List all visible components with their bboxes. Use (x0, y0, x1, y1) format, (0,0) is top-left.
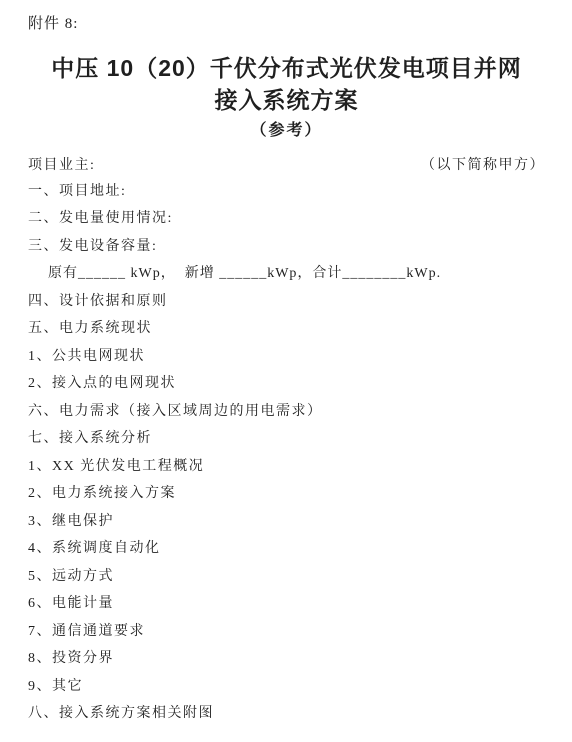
outline-item-access-system-analysis: 七、接入系统分析 (28, 424, 545, 452)
document-subtitle: （参考） (28, 120, 545, 142)
owner-label: 项目业主: (28, 154, 95, 174)
outline-item-power-demand: 六、电力需求（接入区域周边的用电需求） (28, 396, 545, 424)
outline-item-communication-channel: 7、通信通道要求 (28, 616, 545, 644)
outline-item-access-point-grid-status: 2、接入点的电网现状 (28, 369, 545, 397)
outline-item-telecontrol-mode: 5、远动方式 (28, 561, 545, 589)
title-line-1: 中压 10（20）千伏分布式光伏发电项目并网 (28, 52, 545, 84)
outline-item-public-grid-status: 1、公共电网现状 (28, 341, 545, 369)
outline-item-generation-usage: 二、发电量使用情况: (28, 204, 545, 232)
outline-item-pv-project-overview: 1、XX 光伏发电工程概况 (28, 451, 545, 479)
document-page: 附件 8: 中压 10（20）千伏分布式光伏发电项目并网 接入系统方案 （参考）… (0, 0, 572, 742)
outline-list: 一、项目地址: 二、发电量使用情况: 三、发电设备容量: 原有______ kW… (28, 176, 545, 726)
outline-item-others: 9、其它 (28, 671, 545, 699)
document-title: 中压 10（20）千伏分布式光伏发电项目并网 接入系统方案 (28, 52, 545, 116)
outline-item-project-address: 一、项目地址: (28, 176, 545, 204)
outline-item-access-scheme: 2、电力系统接入方案 (28, 479, 545, 507)
attachment-label: 附件 8: (28, 14, 545, 34)
capacity-fill-in-line: 原有______ kWp， 新增 ______kWp，合计________kWp… (28, 259, 545, 287)
outline-item-design-basis: 四、设计依据和原则 (28, 286, 545, 314)
outline-item-equipment-capacity: 三、发电设备容量: (28, 231, 545, 259)
outline-item-power-system-status: 五、电力系统现状 (28, 314, 545, 342)
outline-item-investment-boundary: 8、投资分界 (28, 644, 545, 672)
outline-item-relay-protection: 3、继电保护 (28, 506, 545, 534)
title-line-2: 接入系统方案 (28, 84, 545, 116)
outline-item-related-drawings: 八、接入系统方案相关附图 (28, 699, 545, 727)
owner-note: （以下简称甲方） (421, 154, 545, 174)
outline-item-energy-metering: 6、电能计量 (28, 589, 545, 617)
outline-item-dispatch-automation: 4、系统调度自动化 (28, 534, 545, 562)
owner-row: 项目业主: （以下简称甲方） (28, 152, 545, 176)
